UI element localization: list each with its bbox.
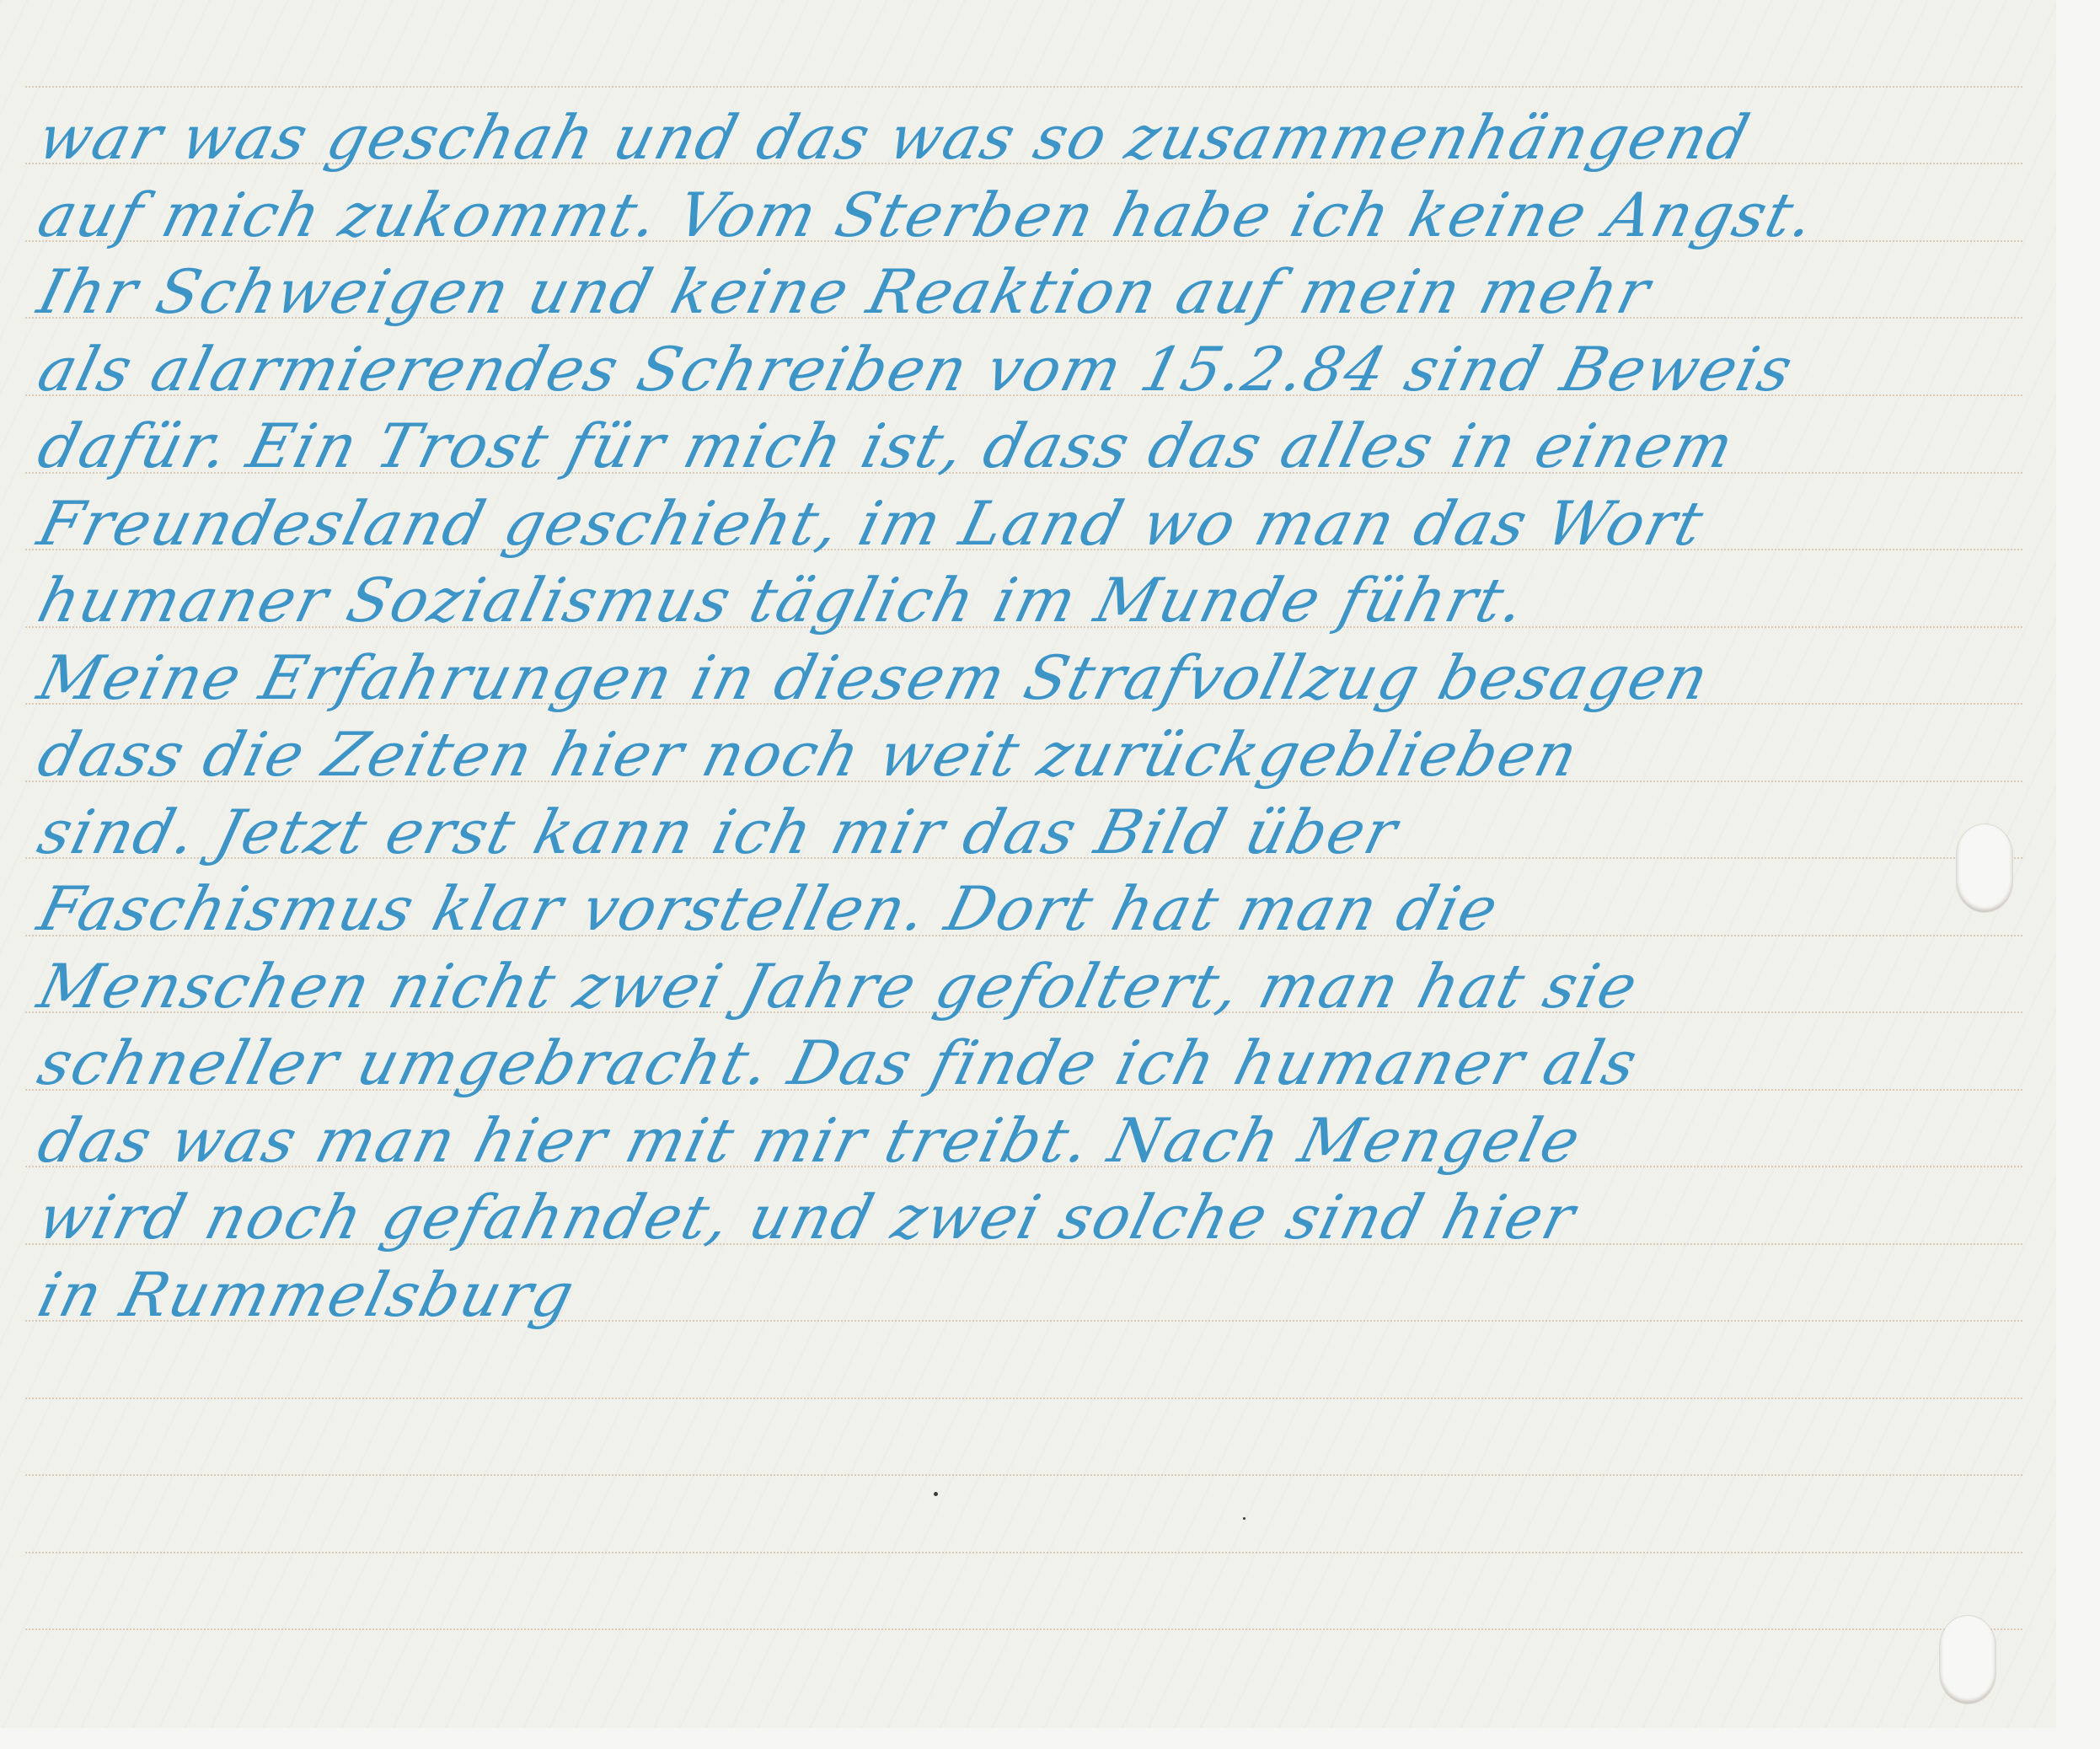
- punch-hole: [1940, 1616, 1996, 1703]
- ink-speck: [934, 1492, 938, 1496]
- handwritten-line: Freundesland geschieht, im Land wo man d…: [30, 486, 2055, 563]
- handwritten-line: dass die Zeiten hier noch weit zurückgeb…: [30, 716, 2055, 794]
- paper-sheet: war was geschah und das was so zusammenh…: [0, 0, 2056, 1728]
- handwritten-line: wird noch gefahndet, und zwei solche sin…: [30, 1179, 2055, 1257]
- ink-speck: [1243, 1517, 1246, 1520]
- handwritten-line: Meine Erfahrungen in diesem Strafvollzug…: [30, 640, 2055, 717]
- handwritten-line: humaner Sozialismus täglich im Munde füh…: [30, 562, 2055, 640]
- ruled-line: [25, 1628, 2022, 1630]
- handwritten-line: dafür. Ein Trost für mich ist, dass das …: [30, 408, 2055, 486]
- handwritten-line: in Rummelsburg: [30, 1257, 2055, 1334]
- handwritten-line: Faschismus klar vorstellen. Dort hat man…: [30, 871, 2055, 948]
- ruled-line: [25, 1552, 2022, 1553]
- scan-margin-bottom: [0, 1728, 2100, 1749]
- handwritten-line: Ihr Schweigen und keine Reaktion auf mei…: [30, 254, 2055, 331]
- handwritten-line: war was geschah und das was so zusammenh…: [30, 99, 2055, 177]
- handwritten-body: war was geschah und das was so zusammenh…: [30, 99, 2036, 1333]
- scan-margin-right: [2056, 0, 2100, 1749]
- handwritten-line: als alarmierendes Schreiben vom 15.2.84 …: [30, 331, 2055, 409]
- ruled-line: [25, 1398, 2022, 1399]
- handwritten-line: Menschen nicht zwei Jahre gefoltert, man…: [30, 948, 2055, 1026]
- handwritten-line: das was man hier mit mir treibt. Nach Me…: [30, 1103, 2055, 1180]
- ruled-line: [25, 86, 2022, 88]
- ruled-line: [25, 1474, 2022, 1476]
- handwritten-line: schneller umgebracht. Das finde ich huma…: [30, 1025, 2055, 1103]
- handwritten-line: sind. Jetzt erst kann ich mir das Bild ü…: [30, 794, 2055, 872]
- handwritten-line: auf mich zukommt. Vom Sterben habe ich k…: [30, 177, 2055, 255]
- punch-hole: [1957, 824, 2012, 912]
